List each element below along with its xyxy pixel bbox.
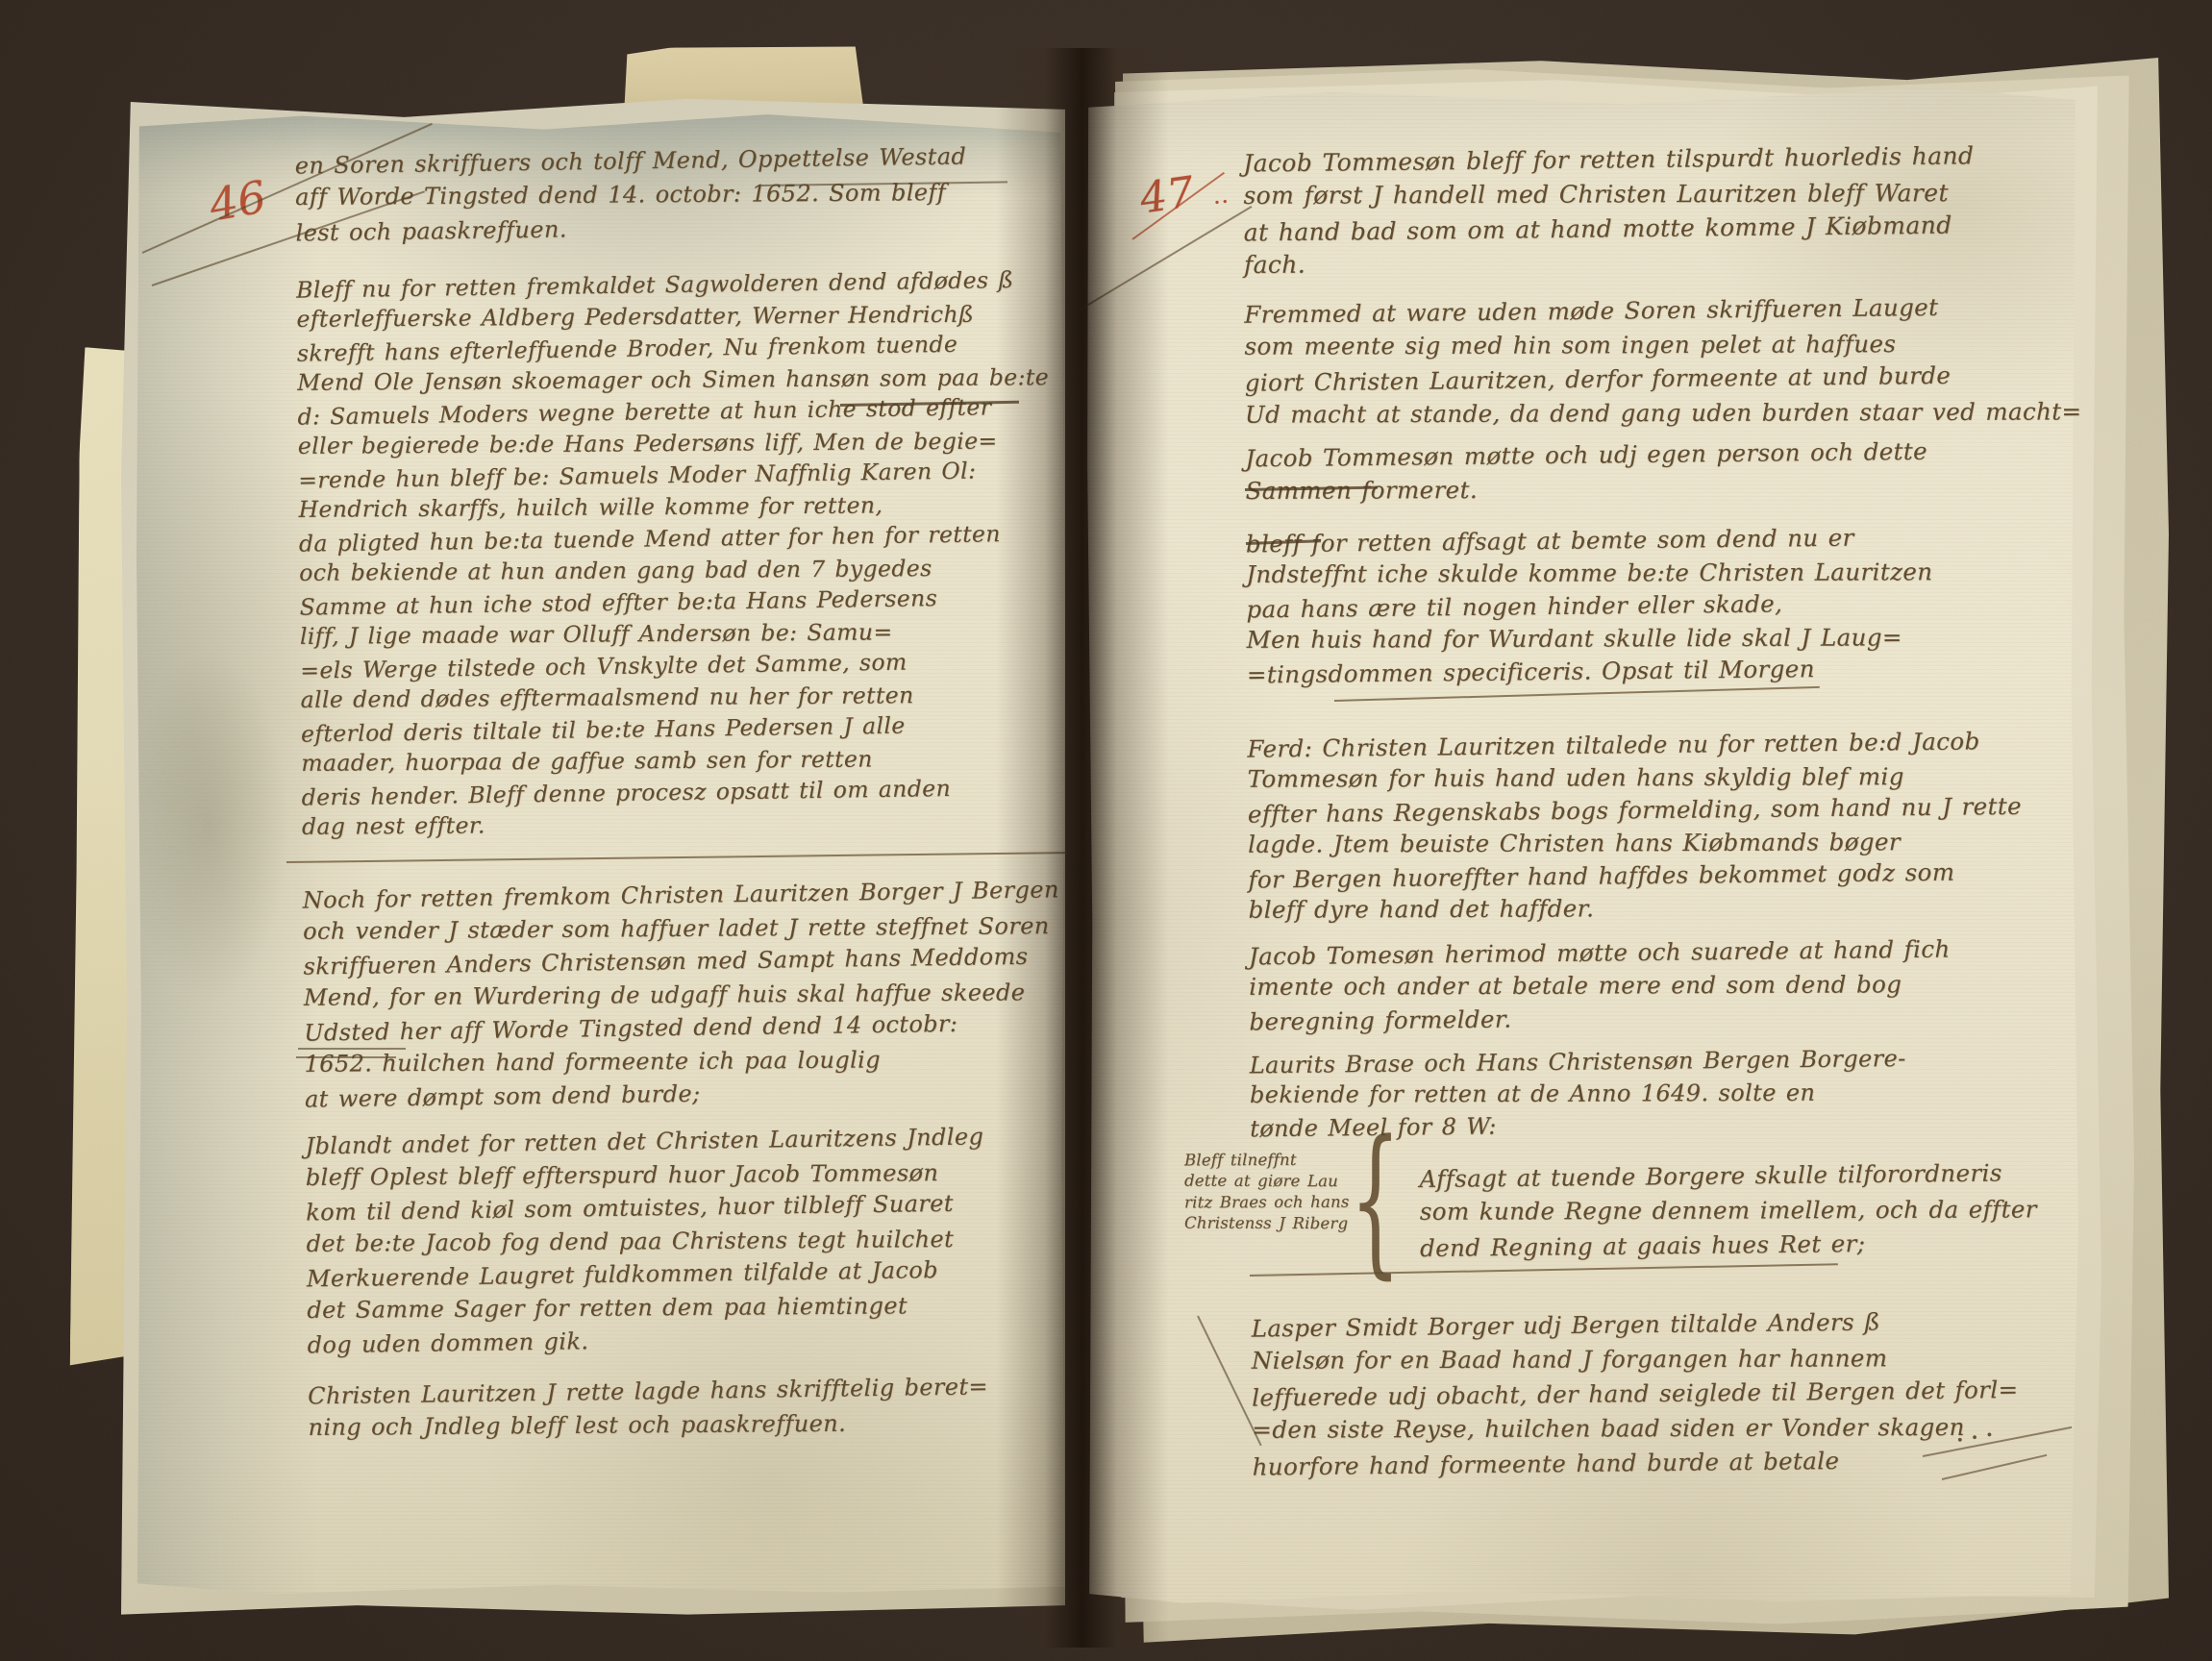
manuscript-line: fach. bbox=[1244, 245, 1975, 283]
paragraph: Jacob Tomesøn herimod møtte och suarede … bbox=[1249, 934, 1951, 1037]
right-page-text: Jacob Tommesøn bleff for retten tilspurd… bbox=[1242, 0, 2088, 3]
manuscript-line: Laurits Brase och Hans Christensøn Berge… bbox=[1250, 1043, 1906, 1081]
manuscript-line: som kunde Regne dennem imellem, och da e… bbox=[1420, 1192, 2037, 1228]
manuscript-line: tønde Meel for 8 W: bbox=[1250, 1106, 1906, 1145]
left-page-text: en Soren skriffuers och tolff Mend, Oppe… bbox=[293, 0, 1053, 4]
paragraph: en Soren skriffuers och tolff Mend, Oppe… bbox=[295, 141, 968, 249]
manuscript-line: imente och ander at betale mere end som … bbox=[1249, 968, 1951, 1004]
manuscript-line: =den siste Reyse, huilchen baad siden er… bbox=[1252, 1410, 2018, 1448]
manuscript-line: Fremmed at ware uden møde Soren skriffue… bbox=[1244, 288, 2081, 332]
manuscript-line: Men huis hand for Wurdant skulle lide sk… bbox=[1247, 621, 1933, 657]
paragraph: Fremmed at ware uden møde Soren skriffue… bbox=[1244, 290, 2081, 433]
manuscript-line: Affsagt at tuende Borgere skulle tilforo… bbox=[1419, 1155, 2036, 1197]
flourish-stroke bbox=[1942, 1454, 2048, 1480]
manuscript-line: Jacob Tommesøn møtte och udj egen person… bbox=[1245, 434, 1927, 476]
paragraph: Jacob Tommesøn møtte och udj egen person… bbox=[1245, 435, 1927, 508]
end-flourish: ··· bbox=[1915, 1419, 2098, 1505]
page-number-marks: ·· bbox=[1211, 187, 1230, 218]
manuscript-line: leffuerede udj obacht, der hand seiglede… bbox=[1252, 1373, 2019, 1416]
manuscript-line: at hand bad som om at hand motte komme J… bbox=[1243, 208, 1975, 250]
manuscript-line: huorfore hand formeente hand burde at be… bbox=[1252, 1442, 2019, 1485]
manuscript-line: Nielsøn for en Baad hand J forgangen har… bbox=[1252, 1341, 2018, 1378]
manuscript-line: paa hans ære til nogen hinder eller skad… bbox=[1246, 586, 1933, 627]
paragraph: Jacob Tommesøn bleff for retten tilspurd… bbox=[1243, 140, 1975, 284]
paragraph: Christen Lauritzen J rette lagde hans sk… bbox=[308, 1372, 988, 1445]
paragraph: Bleff nu for retten fremkaldet Sagwolder… bbox=[296, 265, 1054, 844]
paragraph: Ferd: Christen Lauritzen tiltalede nu fo… bbox=[1247, 726, 2022, 928]
manuscript-line: ning och Jndleg bleff lest och paaskreff… bbox=[308, 1405, 988, 1444]
paragraph: Noch for retten fremkom Christen Lauritz… bbox=[303, 875, 1062, 1115]
manuscript-line: Jndsteffnt iche skulde komme be:te Chris… bbox=[1246, 556, 1932, 591]
underline-stroke bbox=[298, 1048, 406, 1050]
manuscript-line: dend Regning at gaais hues Ret er; bbox=[1420, 1225, 2037, 1266]
manuscript-line: Lasper Smidt Borger udj Bergen tiltalde … bbox=[1251, 1303, 2018, 1347]
manuscript-line: bekiende for retten at de Anno 1649. sol… bbox=[1250, 1077, 1906, 1111]
paragraph: Laurits Brase och Hans Christensøn Berge… bbox=[1250, 1044, 1907, 1144]
manuscript-line: Jacob Tommesøn bleff for retten tilspurd… bbox=[1243, 138, 1975, 181]
manuscript-line: bleff dyre hand det haffder. bbox=[1249, 891, 2023, 927]
paragraph: bleff for retten affsagt at bemte som de… bbox=[1246, 522, 1933, 690]
manuscript-line: Jacob Tomesøn herimod møtte och suarede … bbox=[1249, 933, 1951, 974]
manuscript-line: bleff for retten affsagt at bemte som de… bbox=[1246, 521, 1933, 561]
left-page-edge-stain bbox=[135, 112, 317, 1601]
manuscript-line: =tingsdommen specificeris. Opsat til Mor… bbox=[1247, 652, 1934, 692]
flourish-dots: ··· bbox=[1952, 1417, 2002, 1458]
underline-stroke bbox=[296, 1056, 396, 1058]
manuscript-line: som først J handell med Christen Lauritz… bbox=[1243, 176, 1974, 213]
manuscript-line: giort Christen Lauritzen, derfor formeen… bbox=[1245, 357, 2082, 400]
manuscript-line: beregning formelder. bbox=[1249, 999, 1951, 1039]
manuscript-scan: 46 47 ·· en Soren skriffuers och tolff M… bbox=[0, 0, 2212, 1661]
manuscript-line: Ud macht at stande, da dend gang uden bu… bbox=[1245, 394, 2082, 432]
paragraph: Lasper Smidt Borger udj Bergen tiltalde … bbox=[1252, 1304, 2020, 1483]
paragraph: Jblandt andet for retten det Christen La… bbox=[305, 1122, 985, 1361]
margin-brace: { bbox=[1350, 1123, 1401, 1277]
manuscript-line: dag nest effter. bbox=[302, 806, 1054, 843]
